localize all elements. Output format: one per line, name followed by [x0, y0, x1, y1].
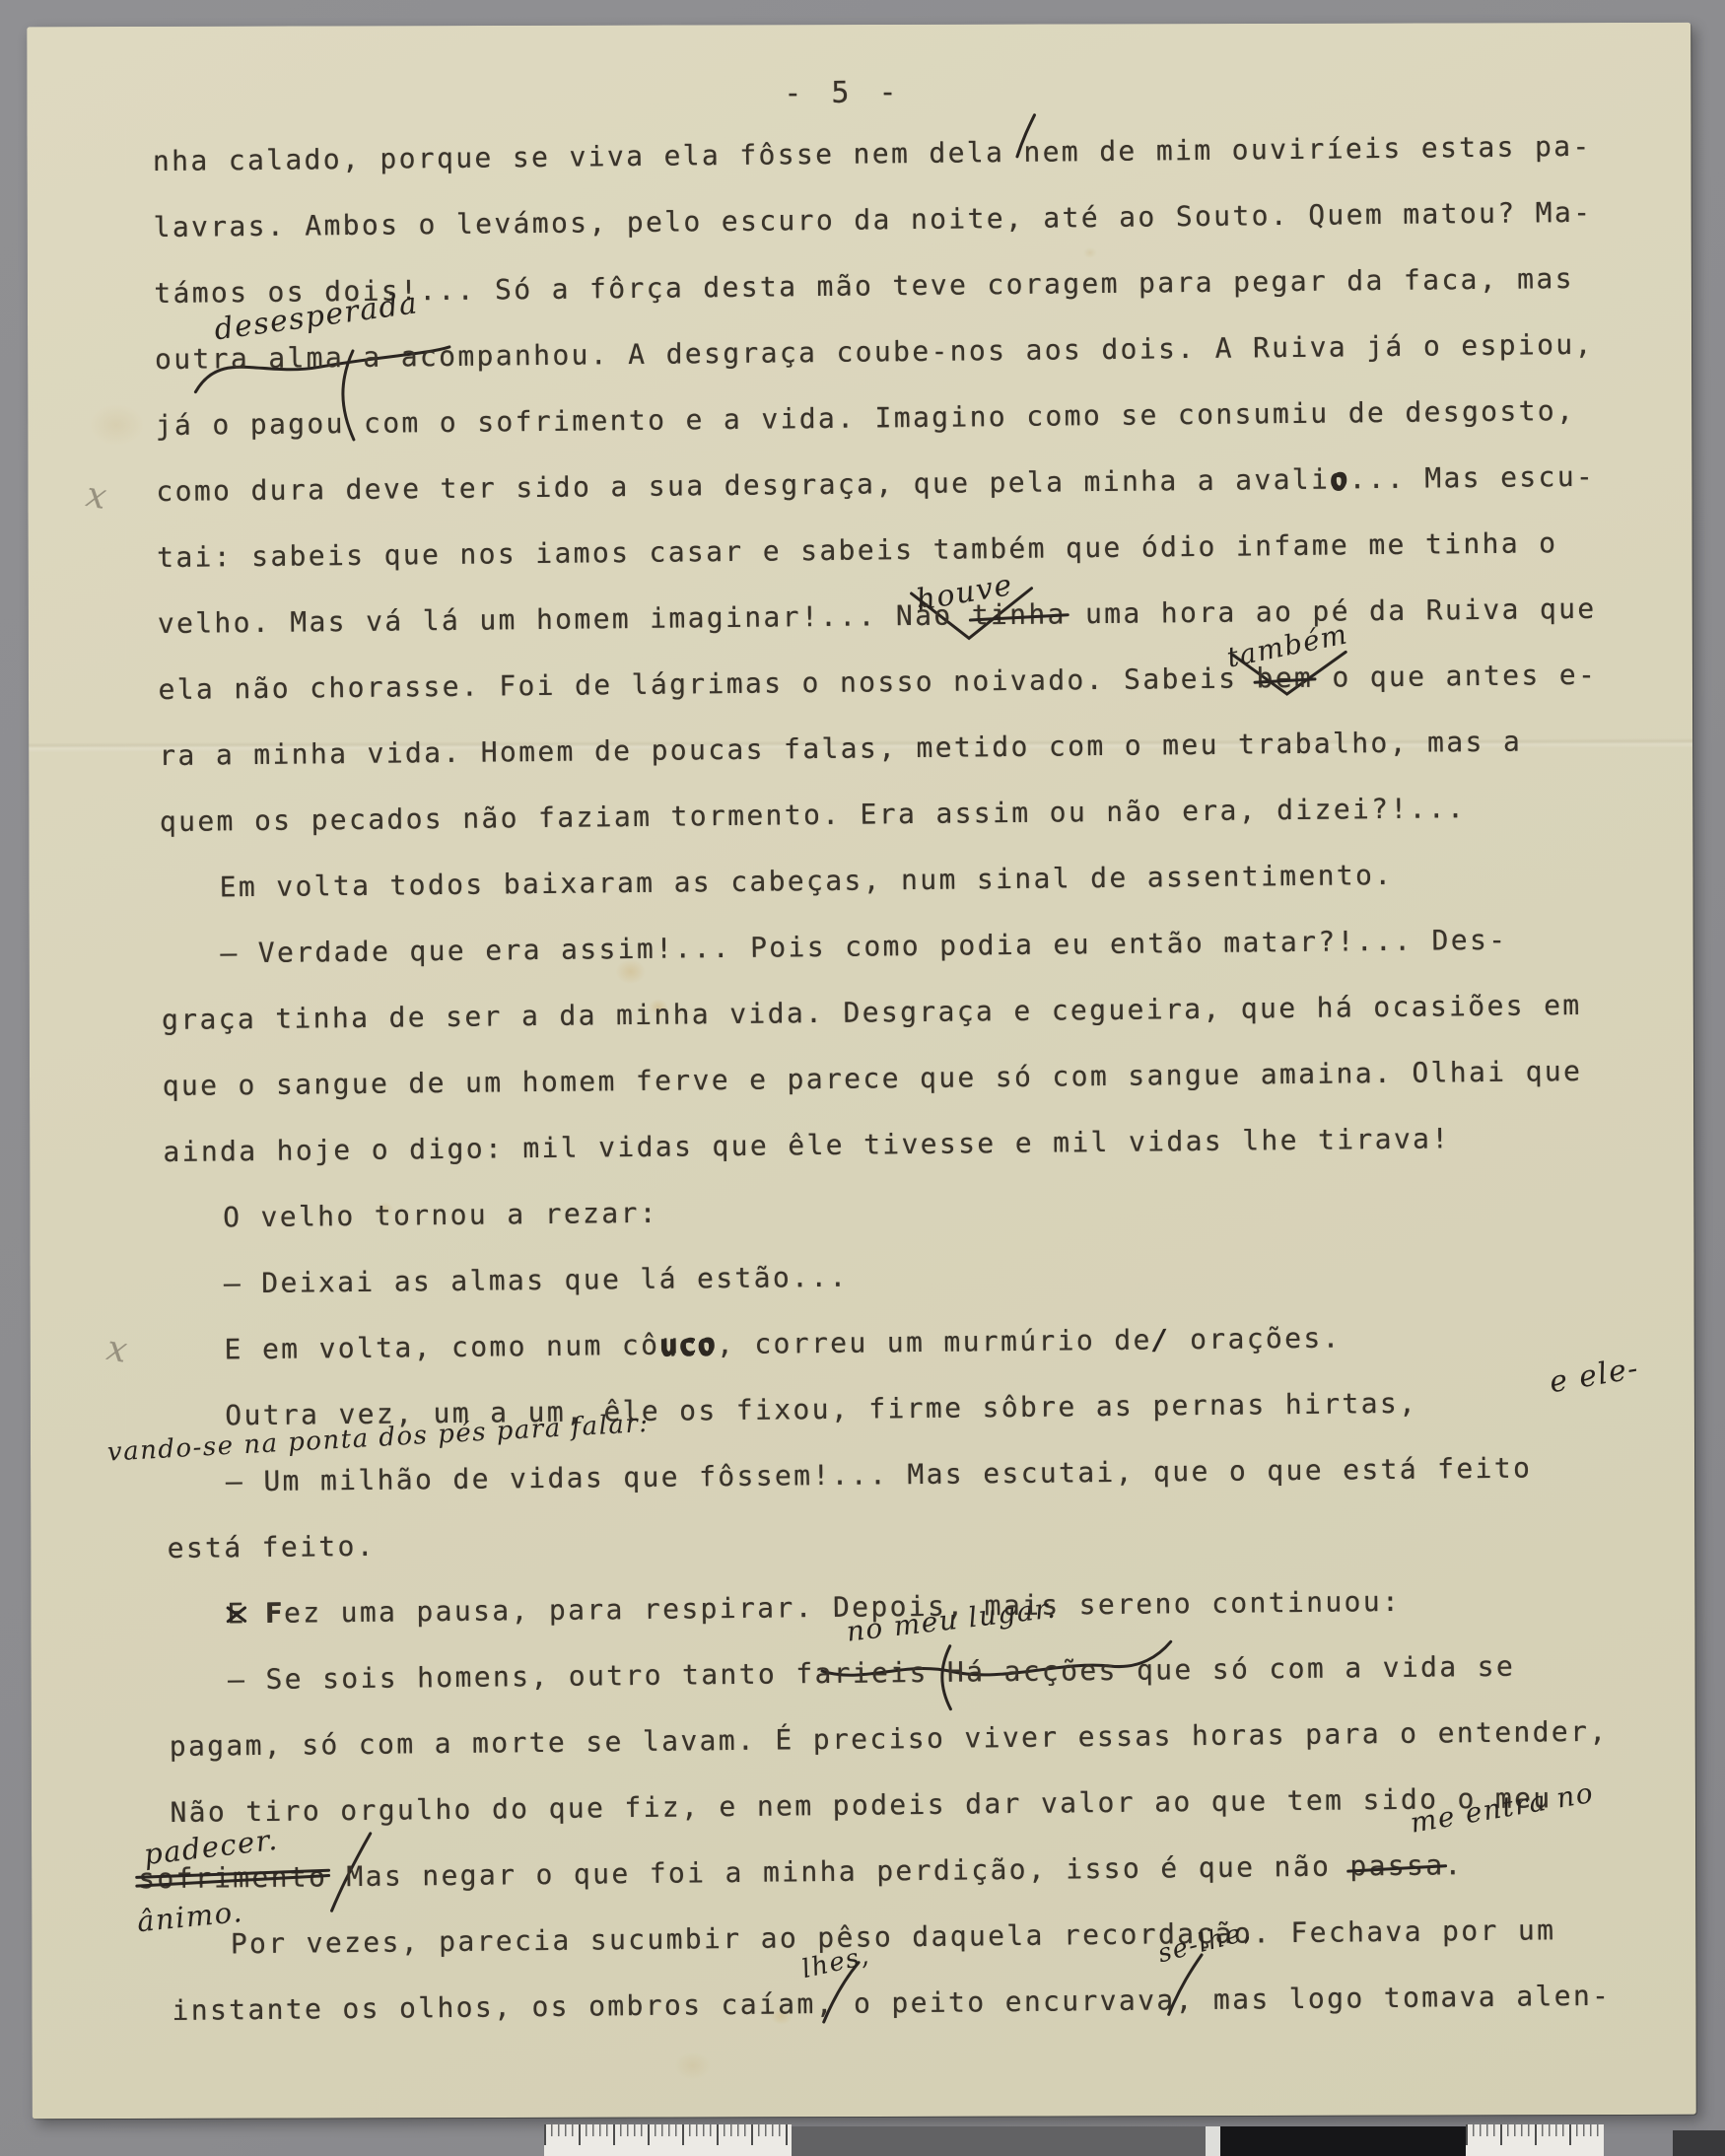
struck-word: passa: [1349, 1851, 1444, 1880]
typed-text: ez uma pausa, para respirar. Depois, mai…: [284, 1585, 1402, 1630]
scale-ruler-left: [544, 2124, 792, 2156]
typed-text: orações.: [1171, 1321, 1342, 1356]
black-reference-card: [1220, 2126, 1466, 2156]
typed-text: velho. Mas vá lá um homem imaginar!... N…: [158, 598, 972, 640]
typed-text: como dura deve ter sido a sua desgraça, …: [156, 463, 1330, 508]
typed-text: E em volta, como num cô: [224, 1329, 659, 1366]
typed-line: lavras. Ambos o levámos, pelo escuro da …: [153, 199, 1592, 242]
dark-corner-segment: [1673, 2130, 1725, 2156]
typed-text: já o pagou com o sofrimento e a vida. Im…: [156, 394, 1576, 442]
typed-text: nha calado, porque se viva ela fôsse nem…: [153, 130, 1592, 177]
typed-text: ... Mas escu-: [1348, 460, 1595, 496]
typed-text: instante os olhos, os ombros caíam, o pe…: [172, 1980, 1611, 2027]
typed-text: o que antes e-: [1313, 659, 1597, 694]
typed-line: E em volta, como num côuco, correu um mu…: [224, 1324, 1342, 1363]
typed-text: Por vezes, parecia sucumbir ao pêso daqu…: [231, 1913, 1556, 1960]
typed-text: Em volta todos baixaram as cabeças, num …: [219, 859, 1393, 903]
typed-text: — Um milhão de vidas que fôssem!... Mas …: [226, 1451, 1533, 1497]
pencil-margin-mark: x: [103, 1328, 130, 1371]
pencil-margin-mark: x: [83, 474, 109, 518]
typed-line: — Se sois homens, outro tanto farieis Há…: [228, 1653, 1515, 1695]
typed-text: Mas negar o que foi a minha perdição, is…: [327, 1849, 1349, 1893]
typed-text: ela não chorasse. Foi de lágrimas o noss…: [158, 661, 1256, 706]
gray-reference-card: [792, 2126, 1206, 2156]
typed-line: sofrimento Mas negar o que foi a minha p…: [138, 1851, 1464, 1893]
crossed-character: E: [227, 1600, 246, 1628]
typed-text: graça tinha de ser a da minha vida. Desg…: [162, 989, 1582, 1036]
typed-text: .: [1444, 1848, 1464, 1881]
page-number: - 5 -: [784, 75, 903, 110]
handwritten-annotation-animo: ânimo.: [135, 1895, 244, 1938]
typed-line: — Um milhão de vidas que fôssem!... Mas …: [226, 1454, 1533, 1495]
hand-slash: ∕: [1152, 1323, 1172, 1356]
typed-line: Em volta todos baixaram as cabeças, num …: [220, 862, 1394, 901]
typed-text: que o sangue de um homem ferve e parece …: [163, 1055, 1583, 1102]
typed-line: ainda hoje o digo: mil vidas que êle tiv…: [163, 1125, 1450, 1166]
typed-line: velho. Mas vá lá um homem imaginar!... N…: [158, 595, 1597, 638]
typed-text-layer: - 5 - nha calado, porque se viva ela fôs…: [0, 0, 1725, 2156]
scanned-typescript-photo: - 5 - nha calado, porque se viva ela fôs…: [0, 0, 1725, 2156]
typed-text: lavras. Ambos o levámos, pelo escuro da …: [153, 196, 1592, 243]
typed-line: tai: sabeis que nos iamos casar e sabeis…: [157, 529, 1558, 572]
typed-text: ra a minha vida. Homem de poucas falas, …: [159, 726, 1522, 772]
overstruck-word: uco: [659, 1328, 717, 1361]
typed-line: E Fez uma pausa, para respirar. Depois, …: [227, 1588, 1401, 1628]
typed-text: O velho tornou a rezar:: [223, 1197, 658, 1234]
typed-line: O velho tornou a rezar:: [223, 1200, 658, 1232]
overstruck-word: o: [1330, 462, 1349, 495]
typed-text: — Deixai as almas que lá estão...: [224, 1261, 849, 1300]
typed-line: ra a minha vida. Homem de poucas falas, …: [159, 729, 1522, 770]
typed-text: Há acções que só com a vida se: [929, 1650, 1516, 1689]
typed-line: que o sangue de um homem ferve e parece …: [163, 1058, 1583, 1100]
typed-line: pagam, só com a morte se lavam. É precis…: [170, 1718, 1609, 1761]
typed-line: graça tinha de ser a da minha vida. Desg…: [162, 992, 1582, 1034]
typed-text: quem os pecados não faziam tormento. Era…: [160, 792, 1467, 838]
handwritten-annotation-e-ele: e ele-: [1547, 1351, 1641, 1400]
struck-word: bem: [1256, 664, 1313, 693]
typed-line: quem os pecados não faziam tormento. Era…: [160, 795, 1467, 836]
scale-ruler-right: [1466, 2124, 1604, 2156]
photographic-scale-bar: [0, 2122, 1725, 2156]
typed-line: está feito.: [168, 1533, 377, 1563]
typed-line: como dura deve ter sido a sua desgraça, …: [156, 463, 1595, 506]
typed-line: — Verdade que era assim!... Pois como po…: [220, 927, 1507, 968]
typed-line: Não tiro orgulho do que fiz, e nem podei…: [170, 1784, 1552, 1827]
typed-line: outra alma a acompanhou. A desgraça coub…: [155, 331, 1594, 374]
typed-text: — Verdade que era assim!... Pois como po…: [220, 924, 1507, 970]
typed-text: está feito.: [167, 1530, 376, 1565]
typed-text: ainda hoje o digo: mil vidas que êle tiv…: [163, 1122, 1450, 1168]
typed-text: Não tiro orgulho do que fiz, e nem podei…: [170, 1781, 1552, 1829]
typed-line: nha calado, porque se viva ela fôsse nem…: [153, 133, 1592, 175]
typed-text: outra alma a acompanhou. A desgraça coub…: [155, 328, 1594, 376]
typed-text: , correu um murmúrio de: [717, 1324, 1152, 1361]
white-divider: [1206, 2126, 1220, 2156]
typed-line: Por vezes, parecia sucumbir ao pêso daqu…: [231, 1916, 1556, 1958]
typed-line: ela não chorasse. Foi de lágrimas o noss…: [158, 661, 1597, 704]
typed-text: pagam, só com a morte se lavam. É precis…: [170, 1715, 1609, 1763]
typed-line: instante os olhos, os ombros caíam, o pe…: [172, 1982, 1611, 2025]
typed-line: já o pagou com o sofrimento e a vida. Im…: [156, 397, 1576, 440]
typed-text: tai: sabeis que nos iamos casar e sabeis…: [157, 526, 1558, 574]
typed-line: — Deixai as almas que lá estão...: [224, 1264, 849, 1298]
typed-text: — Se sois homens, outro tanto farieis: [228, 1656, 929, 1696]
overstruck-character: F: [265, 1597, 285, 1630]
typed-text: [245, 1597, 265, 1630]
